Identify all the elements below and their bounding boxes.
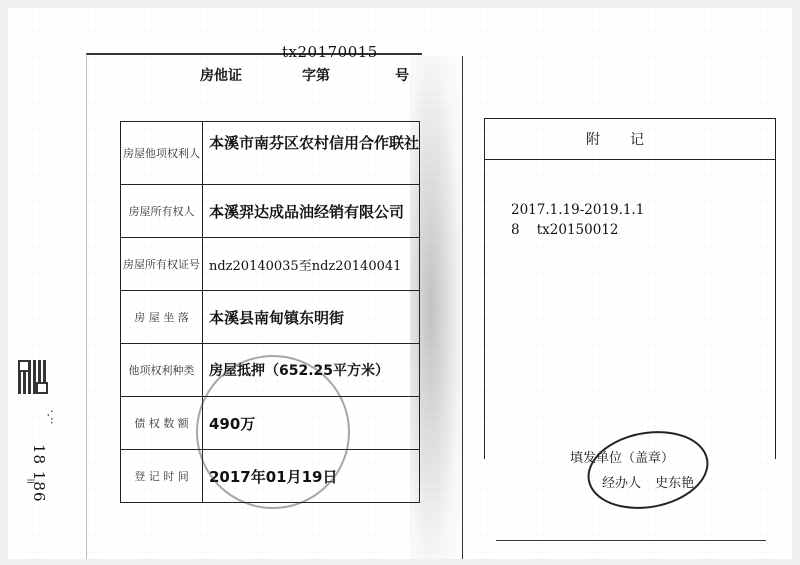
page-bottom-edge xyxy=(496,540,766,541)
faded-seal-stamp xyxy=(196,355,350,509)
row-value: 本溪市南芬区农村信用合作联社 xyxy=(202,122,419,185)
table-row: 房 屋 坐 落 本溪县南甸镇东明街 xyxy=(121,291,420,344)
qr-code-icon xyxy=(18,360,48,394)
title-middle: 字第 xyxy=(302,65,330,85)
title-suffix: 号 xyxy=(395,65,409,85)
row-label: 房屋他项权利人 xyxy=(121,122,203,185)
certificate-serial: tx20170015 xyxy=(282,43,378,61)
annex-box: 附记 2017.1.19-2019.1.18 tx20150012 xyxy=(484,118,776,459)
title-prefix: 房他证 xyxy=(200,65,242,85)
stamp-number: 18 186 xyxy=(30,444,48,503)
annex-header: 附记 xyxy=(485,119,775,160)
row-label: 债 权 数 额 xyxy=(121,397,203,450)
row-value: ndz20140035至ndz20140041 xyxy=(202,238,419,291)
annex-body: 2017.1.19-2019.1.18 tx20150012 xyxy=(485,160,775,240)
row-label: 房 屋 坐 落 xyxy=(121,291,203,344)
side-marks: ·.·· xyxy=(45,409,59,424)
row-value: 本溪县南甸镇东明街 xyxy=(202,291,419,344)
table-row: 房屋所有权证号 ndz20140035至ndz20140041 xyxy=(121,238,420,291)
table-row: 房屋所有权人 本溪羿达成品油经销有限公司 xyxy=(121,185,420,238)
row-label: 房屋所有权人 xyxy=(121,185,203,238)
row-value: 本溪羿达成品油经销有限公司 xyxy=(202,185,419,238)
table-row: 房屋他项权利人 本溪市南芬区农村信用合作联社 xyxy=(121,122,420,185)
row-label: 他项权利种类 xyxy=(121,344,203,397)
row-label: 房屋所有权证号 xyxy=(121,238,203,291)
annex-line: 2017.1.19-2019.1.1 xyxy=(511,200,775,220)
annex-line: 8 tx20150012 xyxy=(511,220,775,240)
row-label: 登 记 时 间 xyxy=(121,450,203,503)
